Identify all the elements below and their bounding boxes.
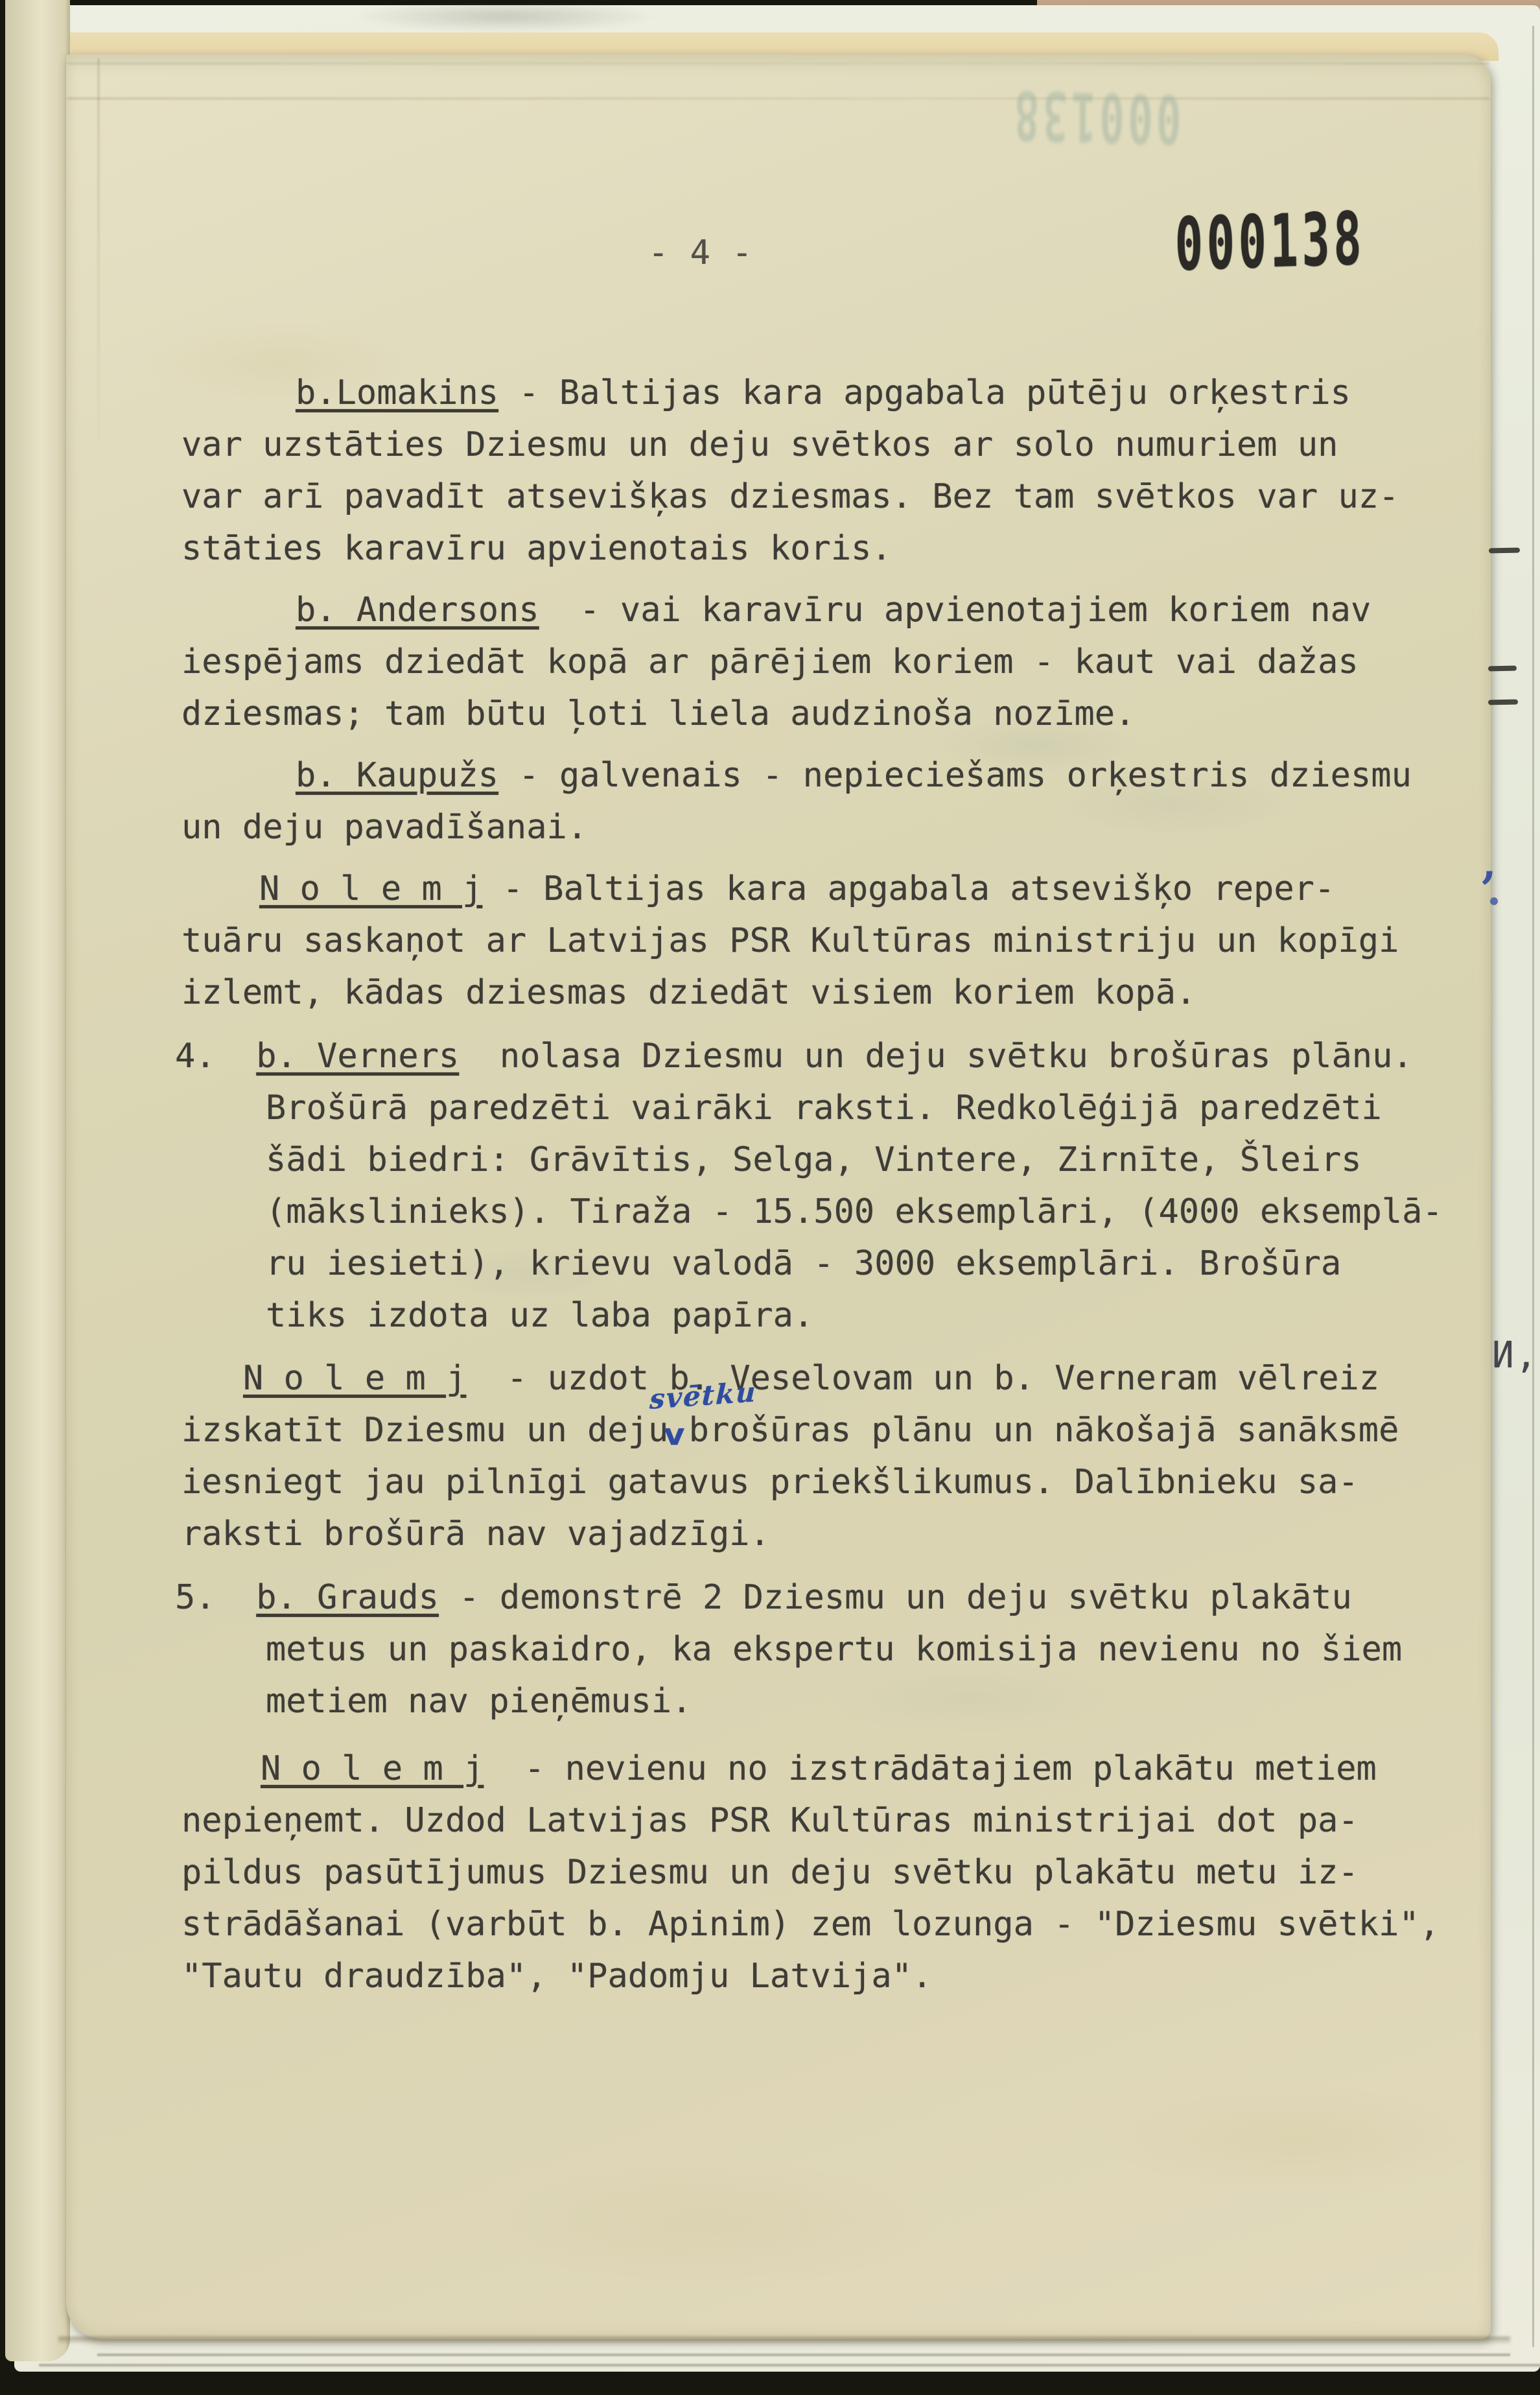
line-text: nepieņemt. Uzdod Latvijas PSR Kultūras m… — [181, 1801, 1359, 1840]
text-line: 4. b. Verners nolasa Dziesmu un deju svē… — [175, 1038, 1413, 1074]
text-line: Brošūrā paredzēti vairāki raksti. Redkol… — [266, 1090, 1382, 1126]
page-edge-left — [5, 0, 70, 2361]
line-text: - galvenais - nepieciešams orķestris dzi… — [498, 756, 1412, 795]
line-text: stāties karavīru apvienotais koris. — [181, 529, 892, 568]
underlined-text: b. Andersons — [296, 591, 539, 630]
line-text: - uzdot b. Veselovam un b. Verneram vēlr… — [466, 1359, 1379, 1398]
text-line: b.Lomakins - Baltijas kara apgabala pūtē… — [296, 375, 1351, 411]
line-text: izskatīt Dziesmu un deju brošūras plānu … — [181, 1411, 1399, 1450]
edge-dash-mark — [1488, 700, 1518, 705]
paper-crease — [97, 58, 100, 473]
line-text: Brošūrā paredzēti vairāki raksti. Redkol… — [266, 1089, 1382, 1127]
text-line: "Tautu draudzība", "Padomju Latvija". — [181, 1958, 932, 1994]
text-line: strādāšanai (varbūt b. Apinim) zem lozun… — [181, 1906, 1440, 1942]
line-text: metus un paskaidro, ka ekspertu komisija… — [266, 1630, 1402, 1669]
line-text: ru iesieti), krievu valodā - 3000 eksemp… — [266, 1244, 1341, 1283]
text-line: ru iesieti), krievu valodā - 3000 eksemp… — [266, 1245, 1341, 1282]
text-line: 5. b. Grauds - demonstrē 2 Dziesmu un de… — [175, 1579, 1352, 1616]
underlined-text: N o l e m j — [259, 869, 482, 908]
right-page-edge-line — [1532, 26, 1534, 2347]
archive-numbering-stamp: 000138 — [1174, 201, 1366, 283]
underlined-text: N o l e m j — [243, 1359, 466, 1398]
text-line: raksti brošūrā nav vajadzīgi. — [181, 1516, 770, 1552]
underlined-text: N o l e m j — [261, 1749, 484, 1788]
line-text: - Baltijas kara apgabala pūtēju orķestri… — [498, 373, 1351, 412]
edge-dash-mark — [1488, 666, 1517, 672]
page-bottom-shadow — [58, 2337, 1510, 2344]
margin-blue-comma-mark: , — [1482, 838, 1497, 888]
insertion-caret-icon: v — [664, 1417, 685, 1452]
text-line: b. Andersons - vai karavīru apvienotajie… — [296, 592, 1371, 628]
text-line: un deju pavadīšanai. — [181, 809, 587, 845]
line-text: raksti brošūrā nav vajadzīgi. — [181, 1515, 770, 1553]
text-line: N o l e m j - Baltijas kara apgabala ats… — [259, 871, 1335, 907]
line-text: 5. — [175, 1578, 256, 1617]
scanned-document: - 4 - 000138 000138 b.Lomakins - Baltija… — [0, 0, 1540, 2395]
text-line: pildus pasūtījumus Dziesmu un deju svētk… — [181, 1854, 1359, 1891]
line-text: iesniegt jau pilnīgi gatavus priekšlikum… — [181, 1463, 1359, 1502]
line-text: izlemt, kādas dziesmas dziedāt visiem ko… — [181, 973, 1196, 1012]
text-line: izlemt, kādas dziesmas dziedāt visiem ko… — [181, 974, 1196, 1011]
text-line: šādi biedri: Grāvītis, Selga, Vintere, Z… — [266, 1142, 1362, 1178]
text-line: b. Kaupužs - galvenais - nepieciešams or… — [296, 757, 1412, 794]
text-line: N o l e m j - uzdot b. Veselovam un b. V… — [243, 1360, 1379, 1397]
line-text: - vai karavīru apvienotajiem koriem nav — [539, 591, 1371, 630]
underlined-text: b. Grauds — [256, 1578, 439, 1617]
page-number: - 4 - — [648, 235, 753, 271]
line-text: - Baltijas kara apgabala atsevišķo reper… — [482, 869, 1335, 908]
paper-crease — [67, 97, 1489, 100]
line-text: var uzstāties Dziesmu un deju svētkos ar… — [181, 425, 1338, 464]
paper-crease — [67, 62, 1489, 65]
page-stack-edge — [97, 2354, 1510, 2356]
line-text: iespējams dziedāt kopā ar pārējiem korie… — [181, 643, 1359, 681]
line-text: strādāšanai (varbūt b. Apinim) zem lozun… — [181, 1905, 1440, 1944]
stamp-ghost-bleedthrough: 000138 — [1010, 80, 1182, 154]
underlined-text: b.Lomakins — [296, 373, 498, 412]
text-line: izskatīt Dziesmu un deju brošūras plānu … — [181, 1412, 1399, 1448]
text-line: metiem nav pieņēmusi. — [266, 1683, 692, 1719]
line-text: šādi biedri: Grāvītis, Selga, Vintere, Z… — [266, 1140, 1362, 1179]
text-line: stāties karavīru apvienotais koris. — [181, 530, 892, 567]
line-text: 4. — [175, 1037, 256, 1076]
text-line: metus un paskaidro, ka ekspertu komisija… — [266, 1631, 1402, 1668]
line-text: - nevienu no izstrādātajiem plakātu meti… — [484, 1749, 1377, 1788]
line-text: metiem nav pieņēmusi. — [266, 1682, 692, 1721]
line-text: (mākslinieks). Tiraža - 15.500 eksemplār… — [266, 1192, 1443, 1231]
line-text: "Tautu draudzība", "Padomju Latvija". — [181, 1957, 932, 1996]
text-line: nepieņemt. Uzdod Latvijas PSR Kultūras m… — [181, 1802, 1359, 1839]
text-line: iespējams dziedāt kopā ar pārējiem korie… — [181, 644, 1359, 680]
line-text: - demonstrē 2 Dziesmu un deju svētku pla… — [439, 1578, 1352, 1617]
top-edge-smudge — [337, 4, 674, 35]
text-line: var arī pavadīt atsevišķas dziesmas. Bez… — [181, 478, 1399, 515]
line-text: tuāru saskaņot ar Latvijas PSR Kultūras … — [181, 921, 1399, 960]
edge-dash-mark — [1489, 548, 1520, 554]
underlined-text: b. Verners — [256, 1037, 459, 1076]
line-text: nolasa Dziesmu un deju svētku brošūras p… — [459, 1037, 1412, 1076]
page-stack-edge — [39, 2364, 1540, 2366]
text-line: tiks izdota uz laba papīra. — [266, 1297, 813, 1334]
text-line: dziesmas; tam būtu ļoti liela audzinoša … — [181, 696, 1135, 732]
text-line: var uzstāties Dziesmu un deju svētkos ar… — [181, 427, 1338, 463]
line-text: pildus pasūtījumus Dziesmu un deju svētk… — [181, 1853, 1359, 1892]
underlined-text: b. Kaupužs — [296, 756, 498, 795]
line-text: un deju pavadīšanai. — [181, 808, 587, 847]
line-text: var arī pavadīt atsevišķas dziesmas. Bez… — [181, 477, 1399, 516]
line-text: tiks izdota uz laba papīra. — [266, 1296, 813, 1335]
text-line: iesniegt jau pilnīgi gatavus priekšlikum… — [181, 1464, 1359, 1500]
text-line: tuāru saskaņot ar Latvijas PSR Kultūras … — [181, 923, 1399, 959]
margin-blue-dot — [1490, 897, 1498, 905]
margin-cyrillic-mark: И, — [1492, 1334, 1538, 1376]
line-text: dziesmas; tam būtu ļoti liela audzinoša … — [181, 694, 1135, 733]
text-line: N o l e m j - nevienu no izstrādātajiem … — [261, 1751, 1377, 1787]
text-line: (mākslinieks). Tiraža - 15.500 eksemplār… — [266, 1194, 1443, 1230]
